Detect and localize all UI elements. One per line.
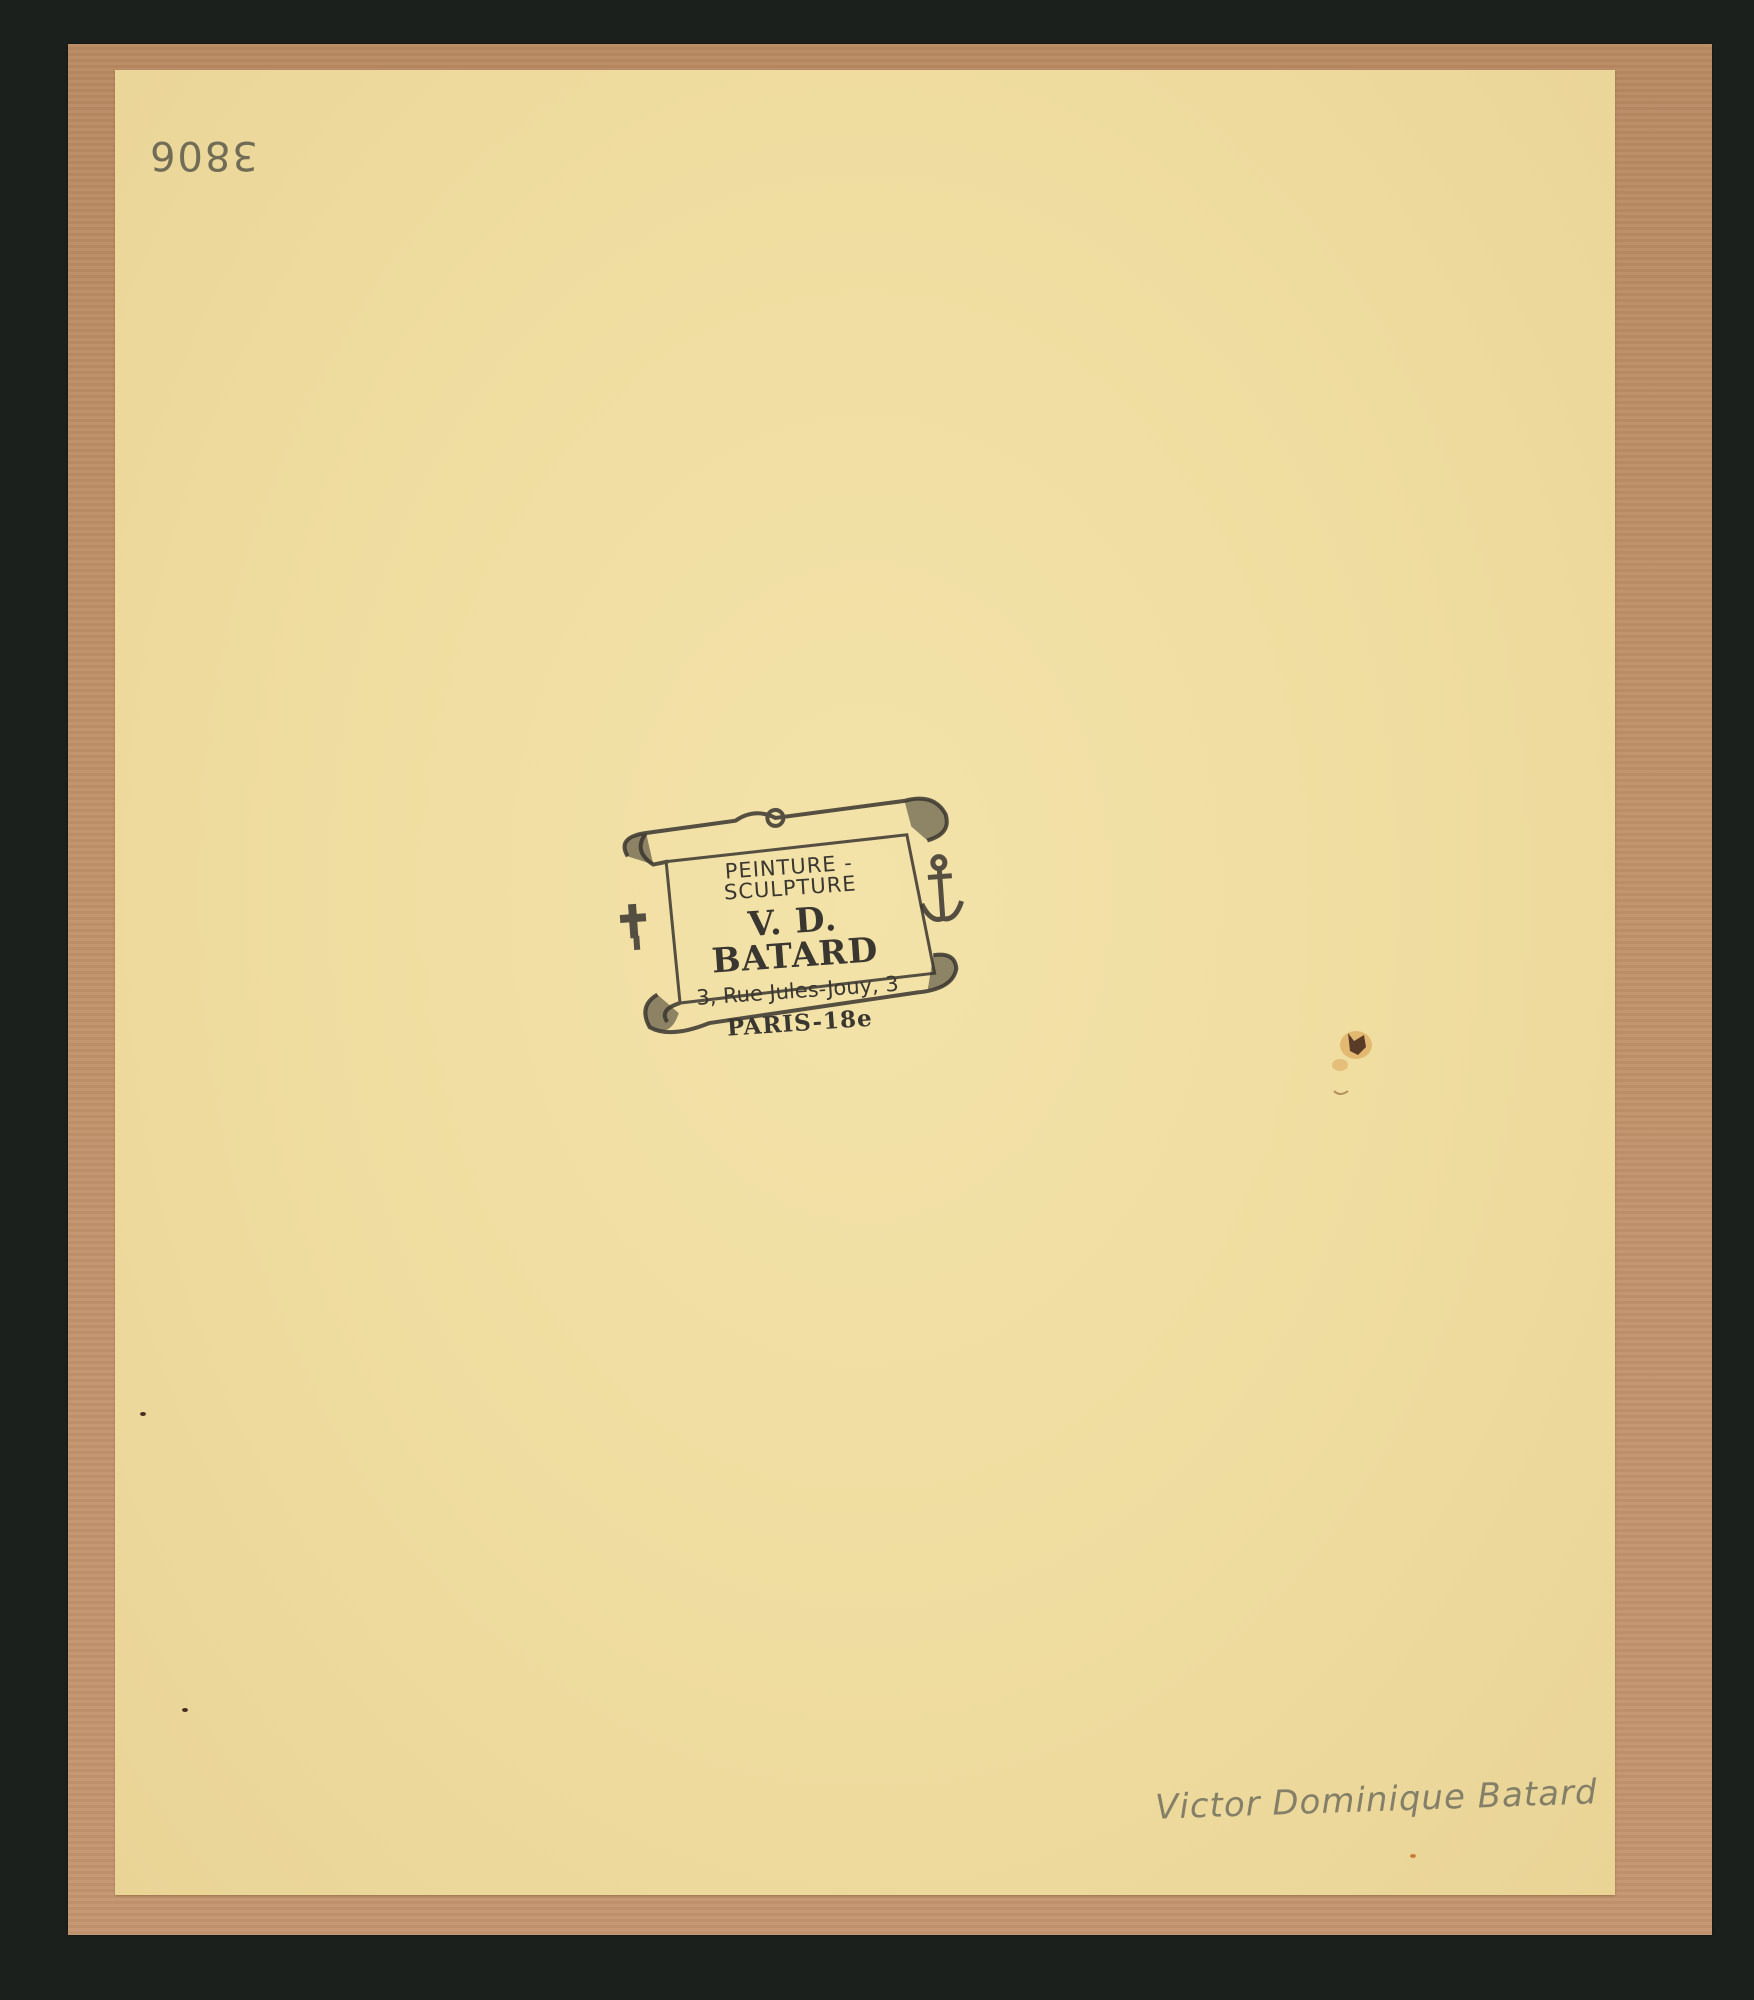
speck (182, 1708, 188, 1712)
speck (140, 1412, 146, 1416)
inventory-number: 3806 (148, 132, 258, 178)
studio-stamp: PEINTURE - SCULPTURE V. D. BATARD 3, Rue… (604, 783, 980, 1043)
speck (1410, 1854, 1416, 1858)
cross-icon (619, 903, 648, 951)
anchor-icon (919, 855, 963, 920)
rust-stain (1318, 1025, 1378, 1105)
stamp-text: PEINTURE - SCULPTURE V. D. BATARD 3, Rue… (668, 849, 920, 1043)
stamp-line-name: V. D. BATARD (672, 897, 916, 982)
